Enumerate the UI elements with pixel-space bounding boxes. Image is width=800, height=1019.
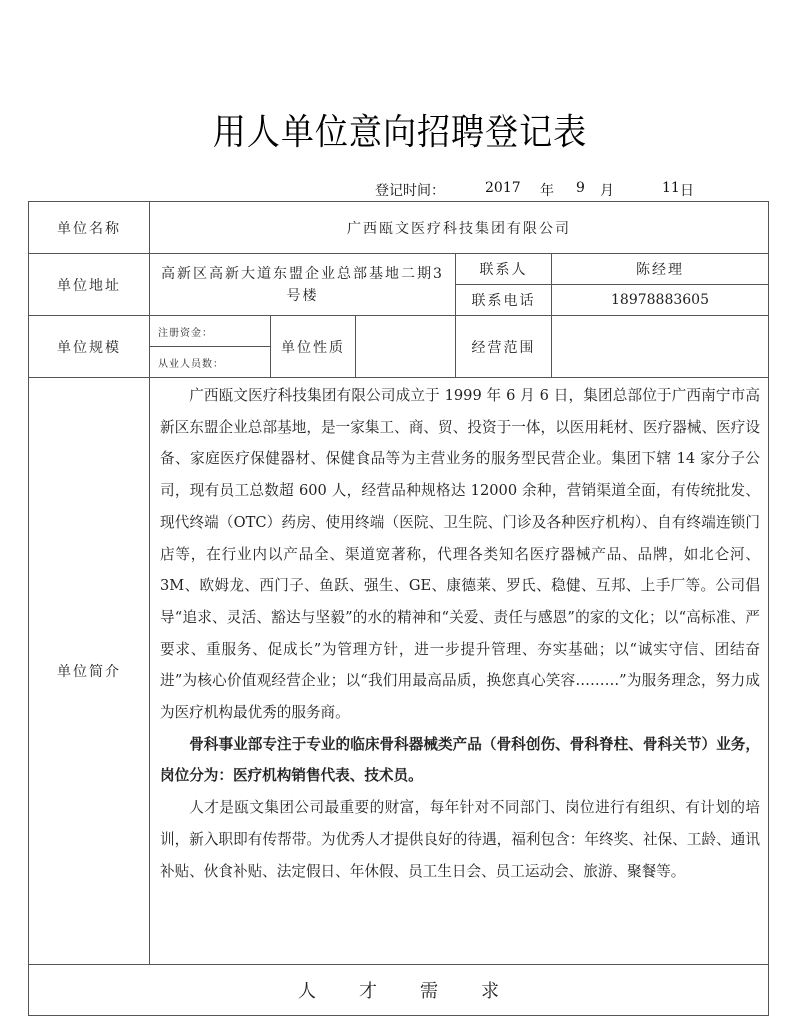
- row-talent-demand: 人才需求: [29, 965, 769, 1016]
- contact-phone-label: 联系电话: [456, 285, 552, 316]
- date-month: 9: [576, 180, 585, 196]
- address-value[interactable]: 高新区高新大道东盟企业总部基地二期3号楼: [150, 254, 456, 316]
- row-company-name: 单位名称 广西瓯文医疗科技集团有限公司: [29, 202, 769, 254]
- date-month-unit: 月: [600, 180, 614, 200]
- contact-person-value[interactable]: 陈经理: [552, 254, 769, 285]
- contact-phone-value[interactable]: 18978883605: [552, 285, 769, 316]
- scale-label: 单位规模: [29, 316, 150, 378]
- nature-value[interactable]: [356, 316, 456, 378]
- intro-paragraph-2: 骨科事业部专注于专业的临床骨科器械类产品（骨科创伤、骨科脊柱、骨科关节）业务，岗…: [160, 729, 760, 792]
- company-name-value[interactable]: 广西瓯文医疗科技集团有限公司: [150, 202, 769, 254]
- talent-char-4: 求: [460, 977, 521, 1003]
- registration-form-table: 单位名称 广西瓯文医疗科技集团有限公司 单位地址 高新区高新大道东盟企业总部基地…: [28, 201, 769, 1016]
- employees-field[interactable]: 从业人员数：: [150, 347, 271, 378]
- registered-capital-field[interactable]: 注册资金：: [150, 316, 271, 347]
- introduction-label: 单位简介: [29, 378, 150, 965]
- registration-date: 登记时间： 2017 年 9 月 11 日: [0, 180, 800, 200]
- talent-char-2: 才: [338, 977, 399, 1003]
- date-day-unit: 日: [680, 180, 694, 200]
- business-scope-value[interactable]: [552, 316, 769, 378]
- date-day: 11: [662, 180, 680, 196]
- date-year-unit: 年: [540, 180, 554, 200]
- row-address: 单位地址 高新区高新大道东盟企业总部基地二期3号楼 联系人 陈经理: [29, 254, 769, 285]
- row-scale: 单位规模 注册资金： 单位性质 经营范围: [29, 316, 769, 347]
- company-name-label: 单位名称: [29, 202, 150, 254]
- business-scope-label: 经营范围: [456, 316, 552, 378]
- intro-paragraph-3: 人才是瓯文集团公司最重要的财富，每年针对不同部门、岗位进行有组织、有计划的培训，…: [160, 792, 760, 887]
- talent-char-3: 需: [399, 977, 460, 1003]
- talent-demand-heading: 人才需求: [29, 965, 769, 1016]
- page-title: 用人单位意向招聘登记表: [32, 104, 768, 155]
- contact-person-label: 联系人: [456, 254, 552, 285]
- talent-char-1: 人: [277, 977, 338, 1003]
- nature-label: 单位性质: [271, 316, 356, 378]
- introduction-text: 广西瓯文医疗科技集团有限公司成立于 1999 年 6 月 6 日，集团总部位于广…: [150, 378, 769, 965]
- row-introduction: 单位简介 广西瓯文医疗科技集团有限公司成立于 1999 年 6 月 6 日，集团…: [29, 378, 769, 965]
- address-label: 单位地址: [29, 254, 150, 316]
- date-year: 2017: [485, 180, 521, 196]
- date-label: 登记时间：: [375, 180, 445, 200]
- intro-paragraph-1: 广西瓯文医疗科技集团有限公司成立于 1999 年 6 月 6 日，集团总部位于广…: [160, 380, 760, 729]
